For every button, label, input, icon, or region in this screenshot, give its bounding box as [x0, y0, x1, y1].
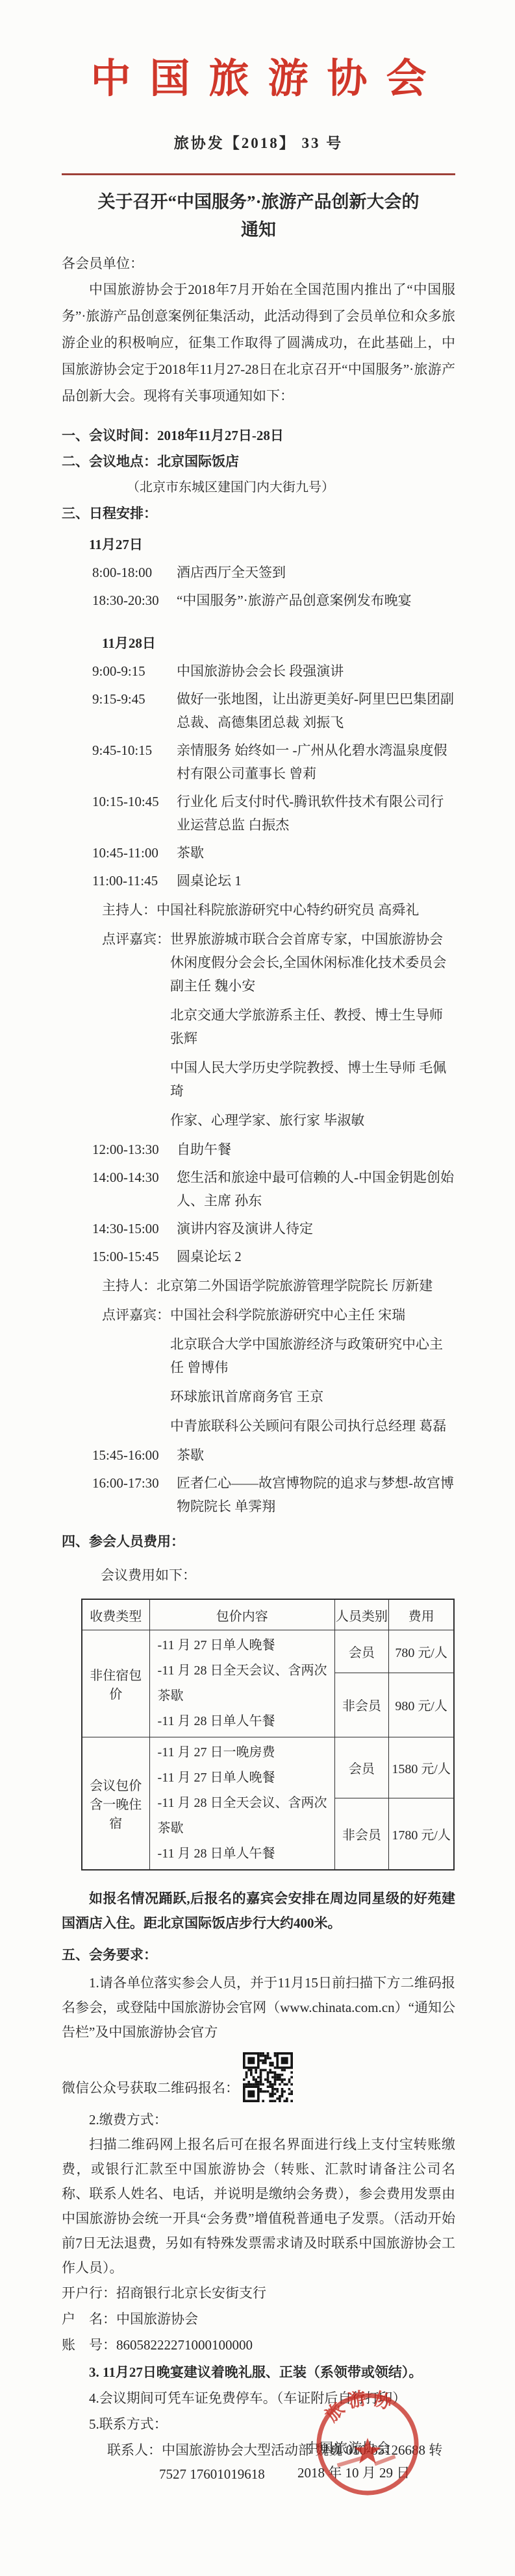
fee-type-cell: 会议包价含一晚住宿: [82, 1737, 149, 1871]
agenda-time: 9:45-10:15: [92, 739, 177, 785]
bank-branch-value: 招商银行北京长安街支行: [116, 2285, 266, 2301]
agenda-desc: 匠者仁心——故宫博物院的追求与梦想-故宫博物院院长 单霁翔: [177, 1471, 455, 1518]
agenda-commentators-row: 点评嘉宾：中国社会科学院旅游研究中心主任 宋瑞: [102, 1303, 455, 1327]
agenda-desc: 圆桌论坛 2: [177, 1245, 455, 1268]
account-number-line: 账 号：86058222271000100000: [62, 2332, 455, 2358]
agenda-time: 10:45-11:00: [92, 841, 177, 865]
agenda-slot: 9:15-9:45做好一张地图，让出游更美好-阿里巴巴集团副总裁、高德集团总裁 …: [92, 687, 455, 734]
agenda-slot: 9:45-10:15亲情服务 始终如一 -广州从化碧水湾温泉度假村有限公司董事长…: [92, 739, 455, 785]
agenda-slot: 18:30-20:30“中国服务”·旅游产品创意案例发布晚宴: [92, 589, 455, 612]
agenda-desc: 行业化 后支付时代-腾讯软件技术有限公司行业运营总监 白振杰: [177, 790, 455, 837]
org-title: 中国旅游协会: [62, 0, 455, 103]
agenda-desc: 演讲内容及演讲人待定: [177, 1217, 455, 1240]
agenda-desc: 亲情服务 始终如一 -广州从化碧水湾温泉度假村有限公司董事长 曾莉: [177, 739, 455, 785]
hotel-note: 如报名情况踊跃,后报名的嘉宾会安排在周边同星级的好苑建国酒店入住。距北京国际饭店…: [62, 1886, 455, 1935]
stamp-arc-text: 旅 游 协: [321, 2390, 396, 2425]
agenda-time: 18:30-20:30: [92, 589, 177, 612]
qr-registration-row: 微信公众号获取二维码报名：: [62, 2047, 455, 2097]
fee-table-header-cell: 收费类型: [82, 1599, 149, 1630]
fee-table-header-cell: 包价内容: [149, 1599, 334, 1630]
payment-paragraph: 扫描二维码网上报名后可在报名界面进行线上支付宝转账缴费，或银行汇款至中国旅游协会…: [62, 2132, 455, 2280]
requirement-item1: 1.请各单位落实参会人员，并于11月15日前扫描下方二维码报名参会，或登陆中国旅…: [62, 1970, 455, 2044]
notice-title: 关于召开“中国服务”·旅游产品创新大会的 通知: [62, 188, 455, 244]
agenda-role-label: 点评嘉宾：: [102, 1303, 170, 1327]
agenda-slot: 10:45-11:00茶歇: [92, 841, 455, 865]
agenda-desc: 圆桌论坛 1: [177, 869, 455, 892]
agenda-guest-row: 中青旅联科公关顾问有限公司执行总经理 葛磊: [170, 1414, 455, 1438]
fee-category-cell: 非会员: [334, 1798, 389, 1870]
meeting-time-label: 一、会议时间：: [62, 428, 157, 443]
agenda-slot: 8:00-18:00酒店西厅全天签到: [92, 561, 455, 584]
agenda-slot: 15:45-16:00茶歇: [92, 1443, 455, 1467]
agenda-list: 11月27日8:00-18:00酒店西厅全天签到18:30-20:30“中国服务…: [62, 533, 455, 1518]
agenda-guest-row: 作家、心理学家、旅行家 毕淑敏: [170, 1109, 455, 1132]
account-name-line: 户 名：中国旅游协会: [62, 2306, 455, 2332]
fee-category-cell: 会员: [334, 1737, 389, 1798]
agenda-slot: 9:00-9:15中国旅游协会会长 段强演讲: [92, 659, 455, 683]
agenda-slot: 16:00-17:30匠者仁心——故宫博物院的追求与梦想-故宫博物院院长 单霁翔: [92, 1471, 455, 1518]
agenda-time: 9:15-9:45: [92, 687, 177, 734]
fee-category-cell: 会员: [334, 1630, 389, 1673]
agenda-guest-row: 中国人民大学历史学院教授、博士生导师 毛佩琦: [170, 1056, 455, 1103]
agenda-guest-row: 北京交通大学旅游系主任、教授、博士生导师 张辉: [170, 1003, 455, 1050]
agenda-time: 8:00-18:00: [92, 561, 177, 584]
agenda-role-label: 主持人：: [102, 1274, 157, 1297]
notice-title-line1: 关于召开“中国服务”·旅游产品创新大会的: [62, 188, 455, 216]
agenda-slot: 15:00-15:45圆桌论坛 2: [92, 1245, 455, 1268]
agenda-commentators-row: 点评嘉宾：世界旅游城市联合会首席专家，中国旅游协会休闲度假分会会长,全国休闲标准…: [102, 927, 455, 998]
fee-category-cell: 非会员: [334, 1673, 389, 1737]
agenda-desc: “中国服务”·旅游产品创意案例发布晚宴: [177, 589, 455, 612]
agenda-desc: 茶歇: [177, 841, 455, 865]
agenda-role-label: 点评嘉宾：: [102, 927, 170, 998]
fee-table-row: 非住宿包价-11 月 27 日单人晚餐-11 月 28 日全天会议、含两次茶歇-…: [82, 1630, 454, 1673]
agenda-guest-row: 北京联合大学中国旅游经济与政策研究中心主任 曾博伟: [170, 1332, 455, 1379]
section-agenda: 三、日程安排：: [62, 500, 455, 526]
fee-price-cell: 1580 元/人: [389, 1737, 454, 1798]
agenda-slot: 14:00-14:30您生活和旅途中最可信赖的人-中国金钥匙创始人、主席 孙东: [92, 1166, 455, 1212]
fee-table-header-cell: 人员类别: [334, 1599, 389, 1630]
meeting-place-value: 北京国际饭店: [157, 454, 239, 469]
qr-line-label: 微信公众号获取二维码报名：: [62, 2078, 239, 2097]
agenda-desc: 中国旅游协会会长 段强演讲: [177, 659, 455, 683]
agenda-time: 15:00-15:45: [92, 1245, 177, 1268]
agenda-desc: 酒店西厅全天签到: [177, 561, 455, 584]
qr-code-icon: [243, 2052, 293, 2102]
section-requirements: 五、会务要求：: [62, 1942, 455, 1968]
agenda-time: 14:00-14:30: [92, 1166, 177, 1212]
intro-paragraph: 中国旅游协会于2018年7月开始在全国范围内推出了“中国服务”·旅游产品创意案例…: [62, 276, 455, 410]
doc-number: 旅协发【2018】 33 号: [62, 131, 455, 153]
account-number-label: 账 号：: [62, 2337, 116, 2353]
requirement-item3: 3. 11月27日晚宴建议着晚礼服、正装（系领带或领结）。: [62, 2359, 455, 2385]
agenda-slot: 10:15-10:45行业化 后支付时代-腾讯软件技术有限公司行业运营总监 白振…: [92, 790, 455, 837]
agenda-host-row: 主持人：北京第二外国语学院旅游管理学院院长 厉新建: [102, 1274, 455, 1297]
meeting-address: （北京市东城区建国门内大街九号）: [62, 474, 455, 500]
agenda-time: 11:00-11:45: [92, 869, 177, 892]
agenda-time: 16:00-17:30: [92, 1471, 177, 1518]
svg-text:旅 游 协: 旅 游 协: [321, 2390, 396, 2425]
salutation: 各会员单位：: [62, 251, 455, 276]
agenda-role-text: 世界旅游城市联合会首席专家，中国旅游协会休闲度假分会会长,全国休闲标准化技术委员…: [170, 927, 455, 998]
agenda-time: 12:00-13:30: [92, 1138, 177, 1161]
agenda-role-label: 主持人：: [102, 898, 157, 922]
fee-price-cell: 780 元/人: [389, 1630, 454, 1673]
fee-table-row: 会议包价含一晚住宿-11 月 27 日一晚房费-11 月 27 日单人晚餐-11…: [82, 1737, 454, 1798]
agenda-desc: 茶歇: [177, 1443, 455, 1467]
agenda-slot: 12:00-13:30自助午餐: [92, 1138, 455, 1161]
fee-price-cell: 1780 元/人: [389, 1798, 454, 1870]
account-name-value: 中国旅游协会: [116, 2311, 198, 2327]
agenda-desc: 您生活和旅途中最可信赖的人-中国金钥匙创始人、主席 孙东: [177, 1166, 455, 1212]
agenda-desc: 做好一张地图，让出游更美好-阿里巴巴集团副总裁、高德集团总裁 刘振飞: [177, 687, 455, 734]
fee-table-header-row: 收费类型包价内容人员类别费用: [82, 1599, 454, 1630]
section-fees: 四、参会人员费用：: [62, 1528, 455, 1554]
fee-table: 收费类型包价内容人员类别费用非住宿包价-11 月 27 日单人晚餐-11 月 2…: [81, 1599, 455, 1871]
bank-branch-line: 开户行：招商银行北京长安街支行: [62, 2280, 455, 2306]
official-red-stamp-seal: 旅 游 协: [313, 2390, 422, 2499]
fee-table-header-cell: 费用: [389, 1599, 454, 1630]
agenda-host-row: 主持人：中国社科院旅游研究中心特约研究员 高舜礼: [102, 898, 455, 922]
agenda-guest-row: 环球旅讯首席商务官 王京: [170, 1385, 455, 1408]
fee-items-cell: -11 月 27 日一晚房费-11 月 27 日单人晚餐-11 月 28 日全天…: [149, 1737, 334, 1871]
fee-price-cell: 980 元/人: [389, 1673, 454, 1737]
agenda-time: 15:45-16:00: [92, 1443, 177, 1467]
agenda-day-heading: 11月28日: [102, 632, 455, 655]
notice-title-line2: 通知: [62, 216, 455, 244]
meeting-place-label: 二、会议地点：: [62, 454, 157, 469]
section-meeting-place: 二、会议地点：北京国际饭店: [62, 448, 455, 474]
requirement-item2: 2.缴费方式：: [62, 2107, 455, 2132]
fee-type-cell: 非住宿包价: [82, 1630, 149, 1737]
scanned-notice-page: 中国旅游协会 旅协发【2018】 33 号 关于召开“中国服务”·旅游产品创新大…: [0, 0, 515, 2576]
fees-intro: 会议费用如下：: [101, 1562, 455, 1588]
agenda-role-text: 中国社科院旅游研究中心特约研究员 高舜礼: [157, 898, 441, 922]
meeting-time-value: 2018年11月27日-28日: [157, 428, 284, 443]
account-number-value: 86058222271000100000: [116, 2337, 253, 2353]
bank-branch-label: 开户行：: [62, 2285, 116, 2301]
agenda-time: 10:15-10:45: [92, 790, 177, 837]
agenda-time: 14:30-15:00: [92, 1217, 177, 1240]
red-divider-rule: [62, 173, 455, 175]
agenda-slot: 14:30-15:00演讲内容及演讲人待定: [92, 1217, 455, 1240]
agenda-time: 9:00-9:15: [92, 659, 177, 683]
agenda-day-heading: 11月27日: [89, 533, 455, 556]
account-name-label: 户 名：: [62, 2311, 116, 2327]
agenda-slot: 11:00-11:45圆桌论坛 1: [92, 869, 455, 892]
agenda-role-text: 北京第二外国语学院旅游管理学院院长 厉新建: [157, 1274, 441, 1297]
agenda-desc: 自助午餐: [177, 1138, 455, 1161]
agenda-role-text: 中国社会科学院旅游研究中心主任 宋瑞: [170, 1303, 455, 1327]
fee-items-cell: -11 月 27 日单人晚餐-11 月 28 日全天会议、含两次茶歇-11 月 …: [149, 1630, 334, 1737]
section-meeting-time: 一、会议时间：2018年11月27日-28日: [62, 423, 455, 448]
